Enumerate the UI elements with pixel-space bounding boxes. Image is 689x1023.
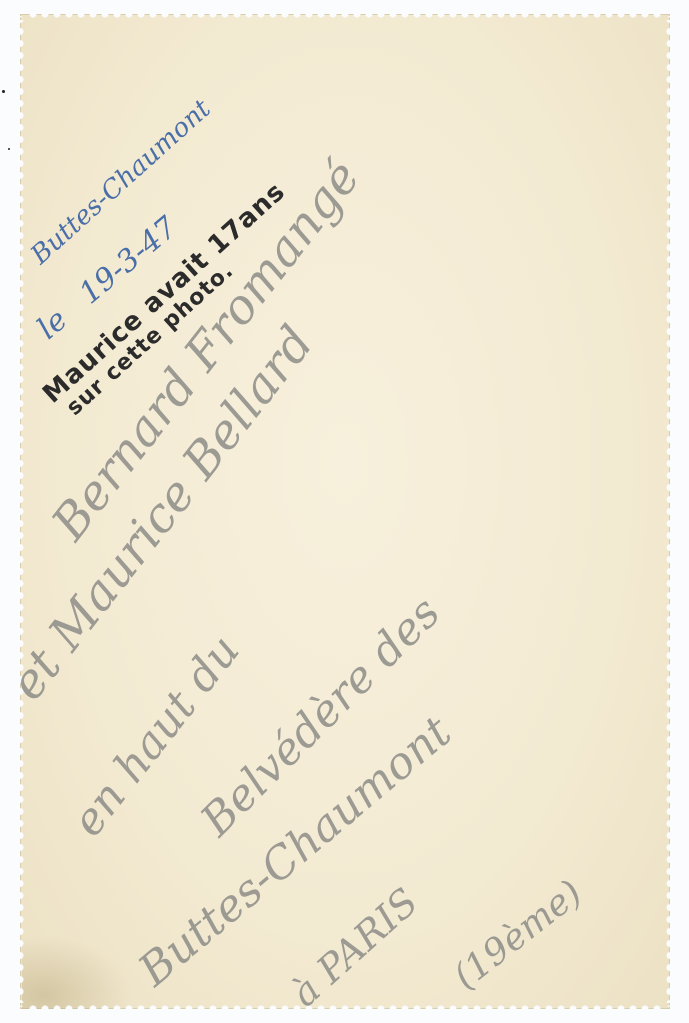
- paper-stain: [22, 935, 132, 1010]
- speck: [8, 148, 10, 150]
- speck: [2, 90, 5, 93]
